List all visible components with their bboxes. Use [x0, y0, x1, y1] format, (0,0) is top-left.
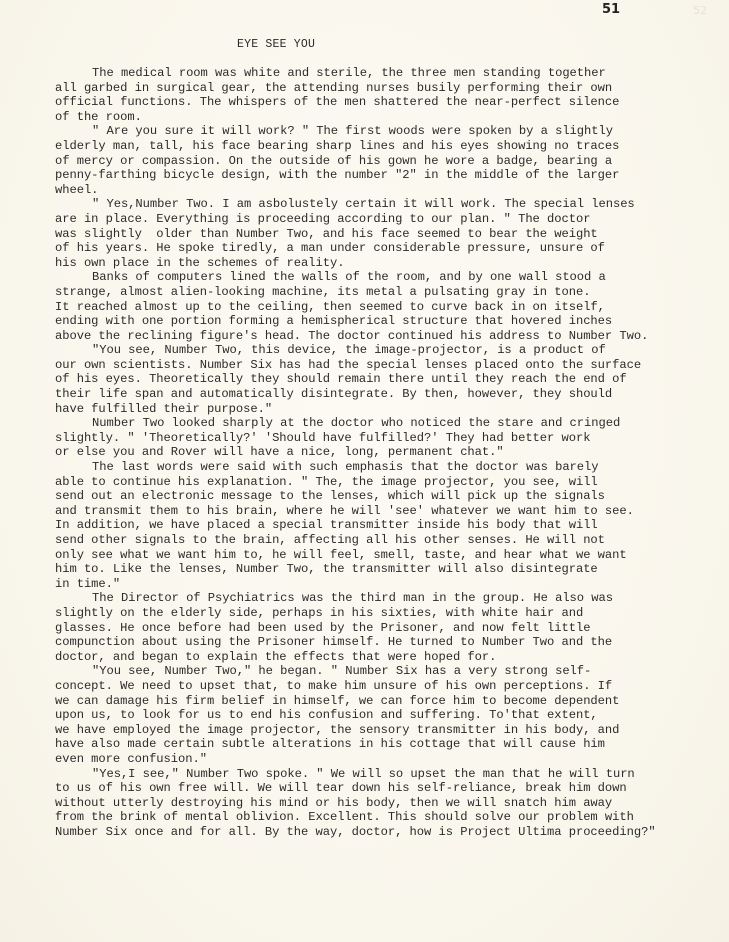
text-line: their life span and automatically disint…	[55, 387, 695, 402]
text-line: we have employed the image projector, th…	[55, 723, 695, 738]
text-line: "You see, Number Two," he began. " Numbe…	[55, 664, 695, 679]
text-line: his own place in the schemes of reality.	[55, 256, 695, 271]
text-line: official functions. The whispers of the …	[55, 95, 695, 110]
paragraph: "You see, Number Two," he began. " Numbe…	[55, 664, 695, 766]
text-line: him to. Like the lenses, Number Two, the…	[55, 562, 695, 577]
text-line: of mercy or compassion. On the outside o…	[55, 154, 695, 169]
paragraph: Number Two looked sharply at the doctor …	[55, 416, 695, 460]
text-line: slightly on the elderly side, perhaps in…	[55, 606, 695, 621]
text-line: able to continue his explanation. " The,…	[55, 475, 695, 490]
text-line: It reached almost up to the ceiling, the…	[55, 300, 695, 315]
text-line: of his years. He spoke tiredly, a man un…	[55, 241, 695, 256]
text-line: strange, almost alien-looking machine, i…	[55, 285, 695, 300]
text-line: in time."	[55, 577, 695, 592]
bleed-through-page-number: 52	[693, 4, 707, 17]
text-line: only see what we want him to, he will fe…	[55, 548, 695, 563]
text-line: wheel.	[55, 183, 695, 198]
text-line: send other signals to the brain, affecti…	[55, 533, 695, 548]
paragraph: "You see, Number Two, this device, the i…	[55, 343, 695, 416]
text-line: The Director of Psychiatrics was the thi…	[55, 591, 695, 606]
text-line: without utterly destroying his mind or h…	[55, 796, 695, 811]
text-line: " Are you sure it will work? " The first…	[55, 124, 695, 139]
text-line: our own scientists. Number Six has had t…	[55, 358, 695, 373]
text-line: even more confusion."	[55, 752, 695, 767]
text-line: slightly. " 'Theoretically?' 'Should hav…	[55, 431, 695, 446]
paragraph: The medical room was white and sterile, …	[55, 66, 695, 124]
text-line: above the reclining figure's head. The d…	[55, 329, 695, 344]
text-line: or else you and Rover will have a nice, …	[55, 445, 695, 460]
text-line: are in place. Everything is proceeding a…	[55, 212, 695, 227]
text-line: "You see, Number Two, this device, the i…	[55, 343, 695, 358]
text-line: Banks of computers lined the walls of th…	[55, 270, 695, 285]
text-line: The last words were said with such empha…	[55, 460, 695, 475]
text-line: have also made certain subtle alteration…	[55, 737, 695, 752]
text-line: Number Two looked sharply at the doctor …	[55, 416, 695, 431]
text-line: compunction about using the Prisoner him…	[55, 635, 695, 650]
paragraph: Banks of computers lined the walls of th…	[55, 270, 695, 343]
text-line: and transmit them to his brain, where he…	[55, 504, 695, 519]
text-line: send out an electronic message to the le…	[55, 489, 695, 504]
text-line: of his eyes. Theoretically they should r…	[55, 372, 695, 387]
text-line: from the brink of mental oblivion. Excel…	[55, 810, 695, 825]
story-title: EYE SEE YOU	[237, 38, 315, 51]
text-line: was slightly older than Number Two, and …	[55, 227, 695, 242]
text-line: we can damage his firm belief in himself…	[55, 694, 695, 709]
paragraph: " Are you sure it will work? " The first…	[55, 124, 695, 197]
text-line: concept. We need to upset that, to make …	[55, 679, 695, 694]
text-line: upon us, to look for us to end his confu…	[55, 708, 695, 723]
text-line: ending with one portion forming a hemisp…	[55, 314, 695, 329]
text-line: of the room.	[55, 110, 695, 125]
paragraph: " Yes,Number Two. I am asbolustely certa…	[55, 197, 695, 270]
paragraph: The last words were said with such empha…	[55, 460, 695, 591]
typewritten-page: 52 51 EYE SEE YOU The medical room was w…	[0, 0, 729, 942]
text-line: to us of his own free will. We will tear…	[55, 781, 695, 796]
text-line: In addition, we have placed a special tr…	[55, 518, 695, 533]
text-line: elderly man, tall, his face bearing shar…	[55, 139, 695, 154]
text-line: all garbed in surgical gear, the attendi…	[55, 81, 695, 96]
text-line: "Yes,I see," Number Two spoke. " We will…	[55, 767, 695, 782]
text-line: Number Six once and for all. By the way,…	[55, 825, 695, 840]
paragraph: The Director of Psychiatrics was the thi…	[55, 591, 695, 664]
paragraph: "Yes,I see," Number Two spoke. " We will…	[55, 767, 695, 840]
text-line: glasses. He once before had been used by…	[55, 621, 695, 636]
text-line: " Yes,Number Two. I am asbolustely certa…	[55, 197, 695, 212]
text-line: penny-farthing bicycle design, with the …	[55, 168, 695, 183]
text-line: doctor, and began to explain the effects…	[55, 650, 695, 665]
text-line: The medical room was white and sterile, …	[55, 66, 695, 81]
story-body: The medical room was white and sterile, …	[55, 66, 695, 839]
page-number: 51	[602, 2, 620, 17]
text-line: have fulfilled their purpose."	[55, 402, 695, 417]
